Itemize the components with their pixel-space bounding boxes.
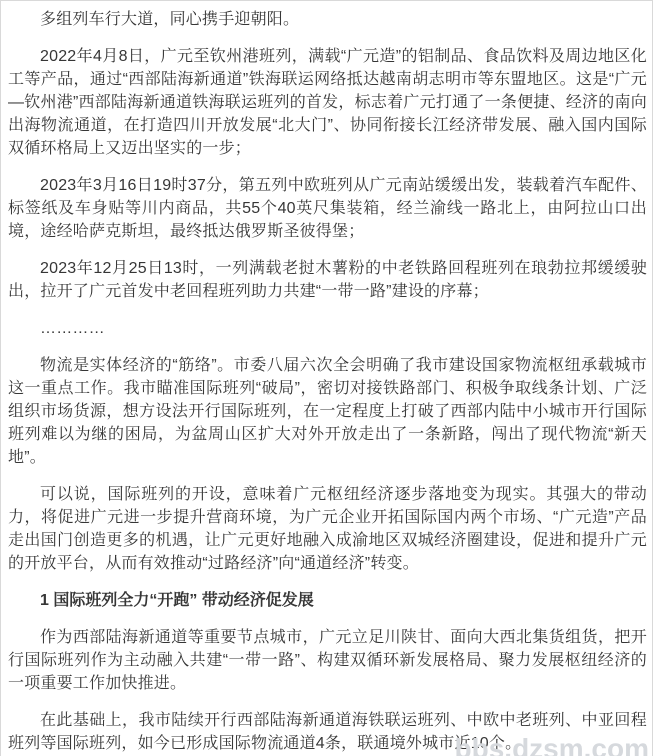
paragraph-2022-qinzhou-train: 2022年4月8日，广元至钦州港班列，满载“广元造”的铝制品、食品饮料及周边地区…: [8, 45, 647, 160]
paragraph-node-city-strategy: 作为西部陆海新通道等重要节点城市，广元立足川陕甘、面向大西北集货组货，把开行国际…: [8, 626, 647, 695]
paragraph-logistics-hub: 物流是实体经济的“筋络”。市委八届六次全会明确了我市建设国家物流枢纽承载城市这一…: [8, 354, 647, 469]
section-1-heading: 1 国际班列全力“开跑” 带动经济促发展: [8, 589, 647, 612]
paragraph-four-corridors: 在此基础上，我市陆续开行西部陆海新通道海铁联运班列、中欧中老班列、中亚回程班列等…: [8, 709, 647, 755]
paragraph-opening-verse: 多组列车行大道，同心携手迎朝阳。: [8, 8, 647, 31]
paragraph-2023-china-europe-train: 2023年3月16日19时37分，第五列中欧班列从广元南站缓缓出发，装载着汽车配…: [8, 174, 647, 243]
paragraph-hub-economy-impact: 可以说，国际班列的开设，意味着广元枢纽经济逐步落地变为现实。其强大的带动力，将促…: [8, 483, 647, 575]
paragraph-2023-china-laos-train: 2023年12月25日13时，一列满载老挝木薯粉的中老铁路回程班列在琅勃拉邦缓缓…: [8, 257, 647, 303]
article-page: 多组列车行大道，同心携手迎朝阳。 2022年4月8日，广元至钦州港班列，满载“广…: [0, 0, 653, 756]
paragraph-ellipsis: …………: [8, 317, 647, 340]
